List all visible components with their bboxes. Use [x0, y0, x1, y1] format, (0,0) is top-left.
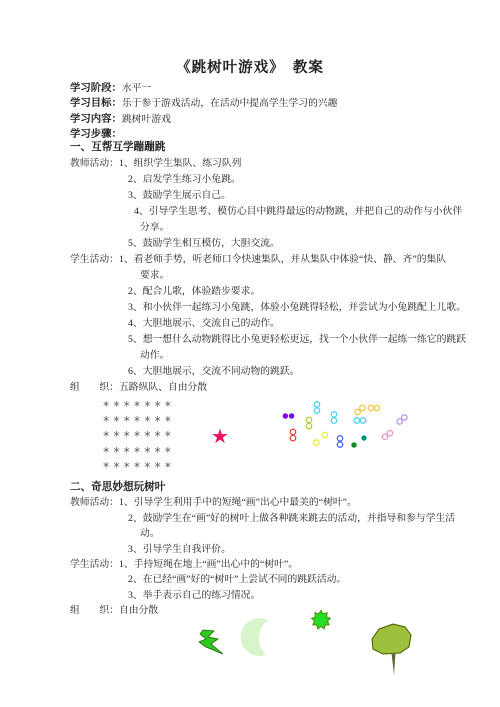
student-asterisk: * [132, 399, 142, 413]
student-asterisk: * [101, 429, 111, 443]
section-2: 二、奇思妙想玩树叶 教师活动：1、引导学生利用手中的短绳“画”出心中最美的“树叶… [70, 480, 445, 619]
student-asterisk: * [122, 429, 132, 443]
student-asterisk: * [152, 399, 162, 413]
meta-value: 水平一 [122, 83, 151, 94]
text-line: 要求。 [70, 268, 445, 284]
leaf-drawings [190, 605, 420, 683]
student-asterisk: * [122, 445, 132, 459]
student-asterisk: * [122, 460, 132, 474]
students-scatter-diagram [275, 395, 420, 460]
student-asterisk: * [111, 414, 121, 428]
student-asterisk: * [132, 414, 142, 428]
section-2-heading: 二、奇思妙想玩树叶 [70, 480, 445, 495]
student-asterisk: * [142, 429, 152, 443]
meta-value: 乐于参于游戏活动，在活动中提高学生学习的兴趣 [122, 98, 338, 109]
formation-row: ******* [101, 445, 173, 460]
formation-row: ******* [101, 460, 173, 475]
meta-label: 学习目标： [70, 98, 122, 109]
meta-line: 学习阶段：水平一 [70, 81, 337, 96]
section-2-lines: 教师活动：1、引导学生利用手中的短绳“画”出心中最美的“树叶”。2、鼓励学生在“… [70, 495, 445, 618]
meta-line: 学习内容：跳树叶游戏 [70, 112, 337, 127]
student-asterisk: * [122, 399, 132, 413]
text-line: 5、想一想什么动物跳得比小兔更轻松更远，找一个小伙伴一起练一练它的跳跃 [70, 332, 445, 348]
student-figure [355, 405, 365, 414]
text-line: 教师活动：1、组织学生集队、练习队列 [70, 156, 445, 172]
student-asterisk: * [132, 429, 142, 443]
text-line: 2、配合儿歌，体验踏步要求。 [70, 284, 445, 300]
text-line: 4、引导学生思考、模仿心目中跳得最远的动物跳，并把自己的动作与小伙伴 [70, 204, 445, 220]
student-figure [306, 417, 311, 429]
student-asterisk: * [111, 399, 121, 413]
text-line: 3、鼓励学生展示自己。 [70, 188, 445, 204]
formation-row: ******* [101, 414, 173, 429]
student-asterisk: * [152, 414, 162, 428]
document-page: 《跳树叶游戏》 教案 学习阶段：水平一学习目标：乐于参于游戏活动，在活动中提高学… [0, 0, 500, 707]
student-asterisk: * [163, 445, 173, 459]
text-line: 学生活动：1、手持短绳在地上“画”出心中的“树叶”。 [70, 557, 445, 572]
tree-leaf-shape [372, 624, 411, 654]
meta-label: 学习内容： [70, 114, 122, 125]
text-line: 分享。 [70, 220, 445, 236]
student-figure [337, 436, 342, 448]
text-line: 2、启发学生练习小兔跳。 [70, 172, 445, 188]
text-line: 3、和小伙伴一起练习小兔跳，体验小兔跳得轻松，并尝试为小兔跳配上儿歌。 [70, 300, 445, 316]
student-figure [351, 442, 356, 447]
lightning-leaf-shape [199, 630, 223, 654]
student-asterisk: * [132, 445, 142, 459]
student-figure [368, 405, 380, 410]
student-asterisk: * [101, 445, 111, 459]
student-figure [397, 415, 407, 424]
student-figure [322, 432, 327, 437]
student-asterisk: * [142, 414, 152, 428]
student-asterisk: * [122, 414, 132, 428]
student-asterisk: * [152, 429, 162, 443]
text-line: 4、大胆地展示、交流自己的动作。 [70, 316, 445, 332]
meta-value: 跳树叶游戏 [122, 114, 171, 125]
student-asterisk: * [142, 460, 152, 474]
text-line: 组 织：五路纵队、自由分散 [70, 380, 445, 396]
formation-row: ******* [101, 399, 173, 414]
student-figure [382, 431, 392, 440]
text-line: 2、在已经“画”好的“树叶”上尝试不同的跳跃活动。 [70, 572, 445, 587]
text-line: 2、鼓励学生在“画”好的树叶上做各种跳来跳去的活动，并指导和参与学生活 [70, 511, 445, 526]
tree-stem-shape [392, 653, 396, 675]
student-asterisk: * [111, 460, 121, 474]
section-1-lines: 教师活动：1、组织学生集队、练习队列2、启发学生练习小兔跳。3、鼓励学生展示自己… [70, 156, 445, 396]
student-figure [354, 418, 366, 423]
section-1-heading: 一、互帮互学蹦蹦跳 [70, 140, 445, 156]
student-figure [283, 413, 295, 418]
crescent-leaf-shape [241, 618, 268, 656]
student-asterisk: * [142, 399, 152, 413]
student-asterisk: * [132, 460, 142, 474]
student-asterisk: * [163, 429, 173, 443]
text-line: 动作。 [70, 348, 445, 364]
student-asterisk: * [142, 445, 152, 459]
student-asterisk: * [101, 414, 111, 428]
student-figure [331, 412, 336, 424]
meta-line: 学习目标：乐于参于游戏活动，在活动中提高学生学习的兴趣 [70, 96, 337, 111]
student-figure [361, 435, 366, 440]
student-asterisk: * [163, 414, 173, 428]
formation-row: ******* [101, 429, 173, 444]
text-line: 学生活动：1、看老师手势，听老师口令快速集队，并从集队中体验“快、静、齐”的集队 [70, 252, 445, 268]
document-title: 《跳树叶游戏》 教案 [0, 56, 500, 77]
text-line: 6、大胆地展示，交流不同动物的跳跃。 [70, 364, 445, 380]
student-asterisk: * [152, 460, 162, 474]
meta-block: 学习阶段：水平一学习目标：乐于参于游戏活动，在活动中提高学生学习的兴趣学习内容：… [70, 81, 337, 143]
formation-asterisk-grid: *********************************** [101, 399, 173, 475]
student-asterisk: * [111, 429, 121, 443]
meta-label: 学习阶段： [70, 83, 122, 94]
sunburst-leaf-shape [312, 611, 331, 629]
text-line: 3、举手表示自己的练习情况。 [70, 588, 445, 603]
student-figure [314, 402, 319, 414]
student-asterisk: * [101, 460, 111, 474]
student-figure [314, 440, 319, 445]
student-asterisk: * [111, 445, 121, 459]
student-asterisk: * [101, 399, 111, 413]
student-asterisk: * [163, 460, 173, 474]
star-icon: ★ [211, 426, 229, 446]
student-asterisk: * [152, 445, 162, 459]
text-line: 教师活动：1、引导学生利用手中的短绳“画”出心中最美的“树叶”。 [70, 495, 445, 510]
section-1: 一、互帮互学蹦蹦跳 教师活动：1、组织学生集队、练习队列2、启发学生练习小兔跳。… [70, 140, 445, 396]
text-line: 动。 [70, 526, 445, 541]
student-figure [290, 429, 295, 441]
student-asterisk: * [163, 399, 173, 413]
text-line: 3、引导学生自我评价。 [70, 542, 445, 557]
meta-label: 学习步骤： [70, 129, 122, 140]
text-line: 5、鼓励学生相互模仿，大胆交流。 [70, 236, 445, 252]
